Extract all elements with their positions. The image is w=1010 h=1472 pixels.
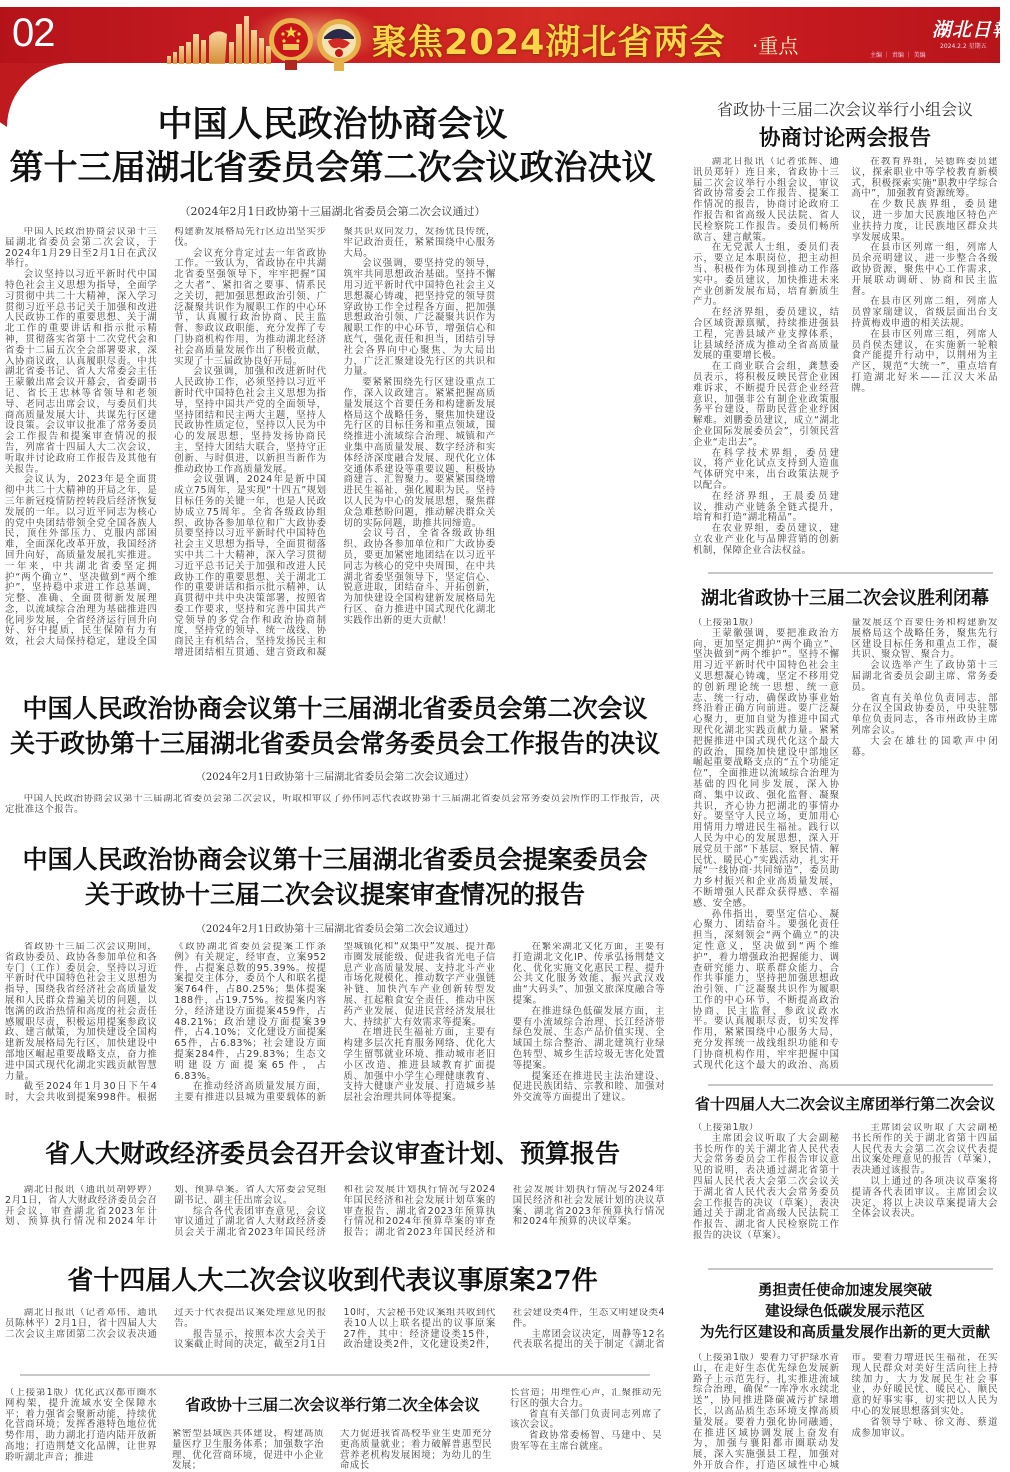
paragraph: 在经济界组，王晨委员建议，推动产业链条全链式提升，培育和打造“湖北精品”。 <box>693 492 840 524</box>
paragraph: 中国人民政治协商会议第十三届湖北省委员会第二次会议，于2024年1月29日至2月… <box>5 227 157 270</box>
issue-date: 2024.2.2 星期五 <box>940 41 987 50</box>
article-body-plenary-col-1: （上接第1版）优化武汉都市圈水网构架，提升流域水安全保障水平；着力强省会聚新动能… <box>5 1388 157 1472</box>
banner-suffix: ·重点 <box>752 30 798 59</box>
article-body-finance-committee: 湖北日报讯（通讯员胡婷婷）2月1日，省人大财政经济委员会召开会议，审查湖北省20… <box>5 1185 665 1241</box>
headline-resolution-line-2: 第十三届湖北省委员会第二次会议政治决议 <box>0 147 665 189</box>
skyline-icon <box>165 12 277 64</box>
article-body-group-meetings: 湖北日报讯（记者张辉、通讯员郑轩）连日来，省政协十三届二次会议举行小组会议，审议… <box>693 157 998 563</box>
paragraph: 在县市区列席一组，列席人员余亮明建议，进一步整合各级政协资源，聚焦中心工作需求，… <box>852 243 999 297</box>
article-body-bills-received: 湖北日报讯（记者邓伟、通讯员陈林平）2月1日，省十四届人大二次会议主席团第二次会… <box>5 1308 665 1354</box>
editor-credits: 主编 ｜ 责编 ｜ 美编 <box>870 50 926 59</box>
headline-finance-committee: 省人大财政经济委员会召开会议审查计划、预算报告 <box>0 1135 665 1173</box>
paragraph: 会议充分肯定过去一年省政协工作。一致认为，省政协在中共湖北省委坚强领导下，牢牢把… <box>174 249 326 368</box>
national-emblem-icon <box>266 16 316 74</box>
section-divider <box>20 1374 650 1376</box>
kicker-group-meetings: 省政协十三届二次会议举行小组会议 <box>685 98 1005 122</box>
paragraph: 在科学技术界组，委员建议，将产业化试点支持到人造血气体研究中来，出台政策法规予以… <box>693 449 840 492</box>
article-body-green-development: （上接第1版）要着力守护绿水青山，在走好生态优先绿色发展新路子上示范先行，扎实推… <box>693 1353 998 1472</box>
paragraph: 省直有关单位负责同志，部分在汉全国政协委员，中央驻鄂单位负责同志，各市州政协主席… <box>852 694 999 737</box>
paragraph: 在县市区列席三组，列席人员肖侯杰建议，在实施新一轮粮食产能提升行动中，以荆州为主… <box>852 330 999 395</box>
headline-plenary-session: 省政协十三届二次会议举行第二次全体会议 <box>172 1392 493 1418</box>
paragraph: 在增进民生福祉方面，主要有构建多层次托育服务网络、优化大学生留鄂就业环境、推动城… <box>344 1028 496 1104</box>
banner-title: 聚焦2024湖北省两会 <box>372 15 725 65</box>
paragraph: 会议号召，全省各级政协组织、政协各参加单位和广大政协委员，要更加紧密地团结在以习… <box>344 529 496 626</box>
paragraph: （上接第1版）优化武汉都市圈水网构架，提升流域水安全保障水平；着力强省会聚新动能… <box>5 1388 157 1464</box>
headline-closing: 湖北省政协十三届二次会议胜利闭幕 <box>685 585 1005 613</box>
paragraph: 湖北日报讯（记者张辉、通讯员郑轩）连日来，省政协十三届二次会议举行小组会议，审议… <box>693 157 840 243</box>
headline-bills-received: 省十四届人大二次会议收到代表议事原案27件 <box>0 1261 665 1301</box>
paragraph: 以上通过的各项决议草案将提请各代表团审议。主席团会议决定，将以上决议草案提请大会… <box>852 1177 999 1220</box>
article-body-proposal-report: 省政协十三届二次会议期间，省政协委员、政协各参加单位和各专门（工作）委员会，坚持… <box>5 942 665 1114</box>
headline-work-report-line-2: 关于政协第十三届湖北省委员会常务委员会工作报告的决议 <box>0 727 670 761</box>
paragraph: 大会在雄壮的国歌声中闭幕。 <box>852 737 999 759</box>
proposal-report-adoption-note: （2024年2月1日政协第十三届湖北省委员会第二次会议通过） <box>0 920 670 935</box>
headline-proposal-report-line-2: 关于政协十三届二次会议提案审查情况的报告 <box>0 878 670 912</box>
paragraph: 王蒙徽强调，要把准政治方向，更加坚定拥护“两个确立”、坚决做到“两个维护”。坚持… <box>693 629 840 910</box>
cppcc-emblem-icon <box>314 17 364 75</box>
paragraph: 在推进绿色低碳发展方面，主要有小流域综合治理、长江经济带绿色发展、生态产品价值实… <box>513 1007 665 1072</box>
paragraph: 省政协常委杨智、马建中、吴贵军等在主席台就座。 <box>510 1431 662 1453</box>
paragraph: 主席团会议听取了大会副秘书长所作的关于湖北省第十四届人民代表大会第二次会议代表提… <box>852 1123 999 1177</box>
paragraph: 紧密型县域医共体建设，构建高质量医疗卫生服务体系；加强数字治理、优化营商环境，促… <box>172 1429 324 1472</box>
paragraph: 在工商业联合会组，龚慧委员表示，将积极反映民营企业困难诉求，不断提升民营企业经营… <box>693 362 840 448</box>
article-body-presidium: （上接第1版） 主席团会议听取了大会副秘书长所作的关于湖北省人民代表大会常务委员… <box>693 1123 998 1263</box>
paragraph: 在农业界组，委员建议，建立农业产业化与品牌营销的创新机制，保障企业合法权益。 <box>693 524 840 556</box>
section-divider <box>708 572 993 574</box>
article-body-plenary-col-3: 大力促进我省高校毕业生更加充分更高质量就业；着力破解普惠型民营养老机构发展困境；… <box>340 1429 492 1472</box>
paragraph: 提案还在推进民主法治建设、促进民族团结、宗教和睦、加强对外交流等方面提出了建议。 <box>513 1072 665 1104</box>
article-body-plenary-col-2: 紧密型县域医共体建设，构建高质量医疗卫生服务体系；加强数字治理、优化营商环境，促… <box>172 1429 324 1472</box>
headline-resolution-line-1: 中国人民政治协商会议 <box>0 104 665 146</box>
paragraph: 会议强调，加强和改进新时代人民政协工作，必须坚持以习近平新时代中国特色社会主义思… <box>174 367 326 475</box>
paragraph: （上接第1版）要着力守护绿水青山，在走好生态优先绿色发展新路子上示范先行，扎实推… <box>693 1353 998 1472</box>
paragraph: 会议选举产生了政协第十三届湖北省委员会副主席、常务委员。 <box>852 661 999 693</box>
paragraph: 在经济界组，委员建议，结合区域资源禀赋，持续推进强县工程，完善县域产业支撑体系，… <box>693 308 840 362</box>
newspaper-logo: 湖北日報 <box>932 15 1010 42</box>
headline-green-development-line-2: 建设绿色低碳发展示范区 <box>685 1301 1005 1322</box>
article-body-plenary-col-4: 长营造；用理性心声，汇聚推动先行区的强大合力。 省直有关部门负责同志列席了该次会… <box>510 1388 662 1472</box>
page-number: 02 <box>12 11 55 56</box>
newspaper-page: 02 <box>0 0 1010 1472</box>
headline-green-development-line-3: 为先行区建设和高质量发展作出新的更大贡献 <box>685 1322 1005 1343</box>
paragraph: 省直有关部门负责同志列席了该次会议。 <box>510 1410 662 1432</box>
article-body-work-report: 中国人民政治协商会议第十三届湖北省委员会第二次会议，听取和审议了孙伟同志代表政协… <box>5 794 660 818</box>
paragraph: 在教育界组，吴德晖委员建议，探索职业中等学校教育新模式，积极探索实施“职教中学综… <box>852 157 999 200</box>
paragraph: 会议坚持以习近平新时代中国特色社会主义思想为指导，全面学习贯彻中共二十大精神，深… <box>5 270 157 475</box>
section-divider <box>708 1268 993 1270</box>
paragraph: 会议强调，要坚持党的领导，筑牢共同思想政治基础。坚持不懈用习近平新时代中国特色社… <box>344 259 496 378</box>
paragraph: 省领导宁咏、徐文海、蔡道成参加审议。 <box>852 1418 999 1440</box>
headline-group-meetings: 协商讨论两会报告 <box>685 124 1005 154</box>
article-body-closing: （上接第1版） 王蒙徽强调，要把准政治方向，更加坚定拥护“两个确立”、坚决做到“… <box>693 618 998 1080</box>
work-report-adoption-note: （2024年2月1日政协第十三届湖北省委员会第二次会议通过） <box>0 768 670 783</box>
headline-presidium: 省十四届人大二次会议主席团举行第二次会议 <box>685 1091 1005 1117</box>
paragraph: 大力促进我省高校毕业生更加充分更高质量就业；着力破解普惠型民营养老机构发展困境；… <box>340 1429 492 1472</box>
headline-work-report-line-1: 中国人民政治协商会议第十三届湖北省委员会第二次会议 <box>0 692 670 726</box>
section-divider <box>708 1084 993 1086</box>
paragraph: 在无党派人士组，委员们表示，要立足本职岗位，把主动担当、积极作为体现到推动工作落… <box>693 243 840 308</box>
paragraph: 主席团会议听取了大会副秘书长所作的关于湖北省人民代表大会常务委员会工作报告审议意… <box>693 1134 840 1242</box>
paragraph: 省政协十三届二次会议期间，省政协委员、政协各参加单位和各专门（工作）委员会，坚持… <box>5 942 157 1082</box>
paragraph: 中国人民政治协商会议第十三届湖北省委员会第二次会议，听取和审议了孙伟同志代表政协… <box>5 794 660 816</box>
article-body-resolution: 中国人民政治协商会议第十三届湖北省委员会第二次会议，于2024年1月29日至2月… <box>5 227 665 664</box>
paragraph: 在县市区列席二组，列席人员曾家瑞建议，省级层面出台支持黄梅戏申遗的相关法规。 <box>852 297 999 329</box>
paragraph: 长营造；用理性心声，汇聚推动先行区的强大合力。 <box>510 1388 662 1410</box>
resolution-adoption-note: （2024年2月1日政协第十三届湖北省委员会第二次会议通过） <box>0 203 665 219</box>
headline-proposal-report-line-1: 中国人民政治协商会议第十三届湖北省委员会提案委员会 <box>0 843 670 877</box>
headline-green-development-line-1: 勇担责任使命加速发展突破 <box>685 1280 1005 1301</box>
paragraph: 在少数民族界组，委员建议，进一步加大民族地区特色产业扶持力度，让民族地区群众共享… <box>852 200 999 243</box>
paragraph: 要紧紧围绕先行区建设重点工作，深入议政建言。紧紧把握高质量发展这个首要任务和构建… <box>344 378 496 529</box>
paragraph: 在繁荣湖北文化方面，主要有打造湖北文化IP、传承弘扬荆楚文化、优化实施文化惠民工… <box>513 942 665 1007</box>
